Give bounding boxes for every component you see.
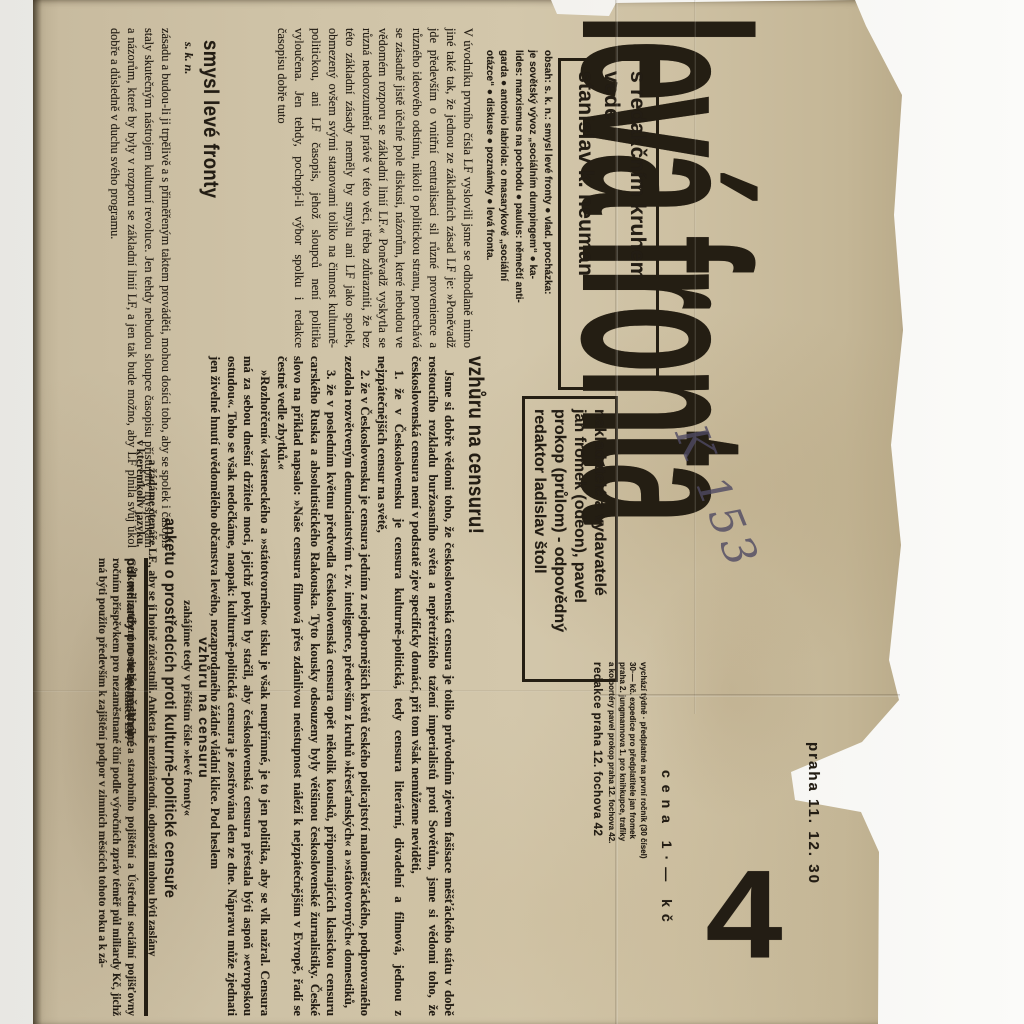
age-stain [60, 560, 180, 940]
censorship-article-body: Jsme si dobře vědomi toho, že českoslove… [206, 356, 457, 1016]
scanned-newspaper-photo: { "masthead": { "title": "levá fronta" }… [0, 0, 1024, 1024]
smysl-article-column2: zásadu a budou-li ji trpělivě a s přiměř… [106, 28, 174, 548]
censorship-article-heading: vzhůru na censuru! [463, 356, 487, 534]
smysl-article-title: smysl levé fronty [198, 40, 222, 198]
fold-crease-horizontal [33, 690, 613, 692]
publisher-credit-box: nakladatelé a vydavateléjan fromek (odeo… [522, 396, 618, 682]
smysl-article-byline: s. k. n. [181, 42, 196, 74]
anketa-slogan: vzhůru na censuru [196, 400, 212, 1016]
anketa-line2: zahájíme tedy v příštím čísle »levé fron… [180, 400, 195, 1016]
editor-credit-box: s redakčním kruhemvedestanislav k. neuma… [558, 58, 659, 390]
smysl-article-column1: V úvodníku prvního čísla LF vyslovili js… [273, 28, 476, 348]
issue-number: 4 [705, 852, 782, 977]
fold-crease-horizontal [600, 694, 900, 697]
page-edge-shadow [33, 0, 42, 1024]
fold-crease-vertical [694, 0, 696, 714]
issue-date: praha 11. 12. 30 [805, 742, 822, 885]
fold-crease-vertical [615, 0, 618, 1024]
redakce-address: redakce praha 12. fochova 42 [591, 662, 603, 836]
issue-price: cena 1·— kč [659, 770, 675, 929]
contents-listing: obsah: s. k. n.: smysl levé fronty ● vla… [482, 50, 555, 395]
